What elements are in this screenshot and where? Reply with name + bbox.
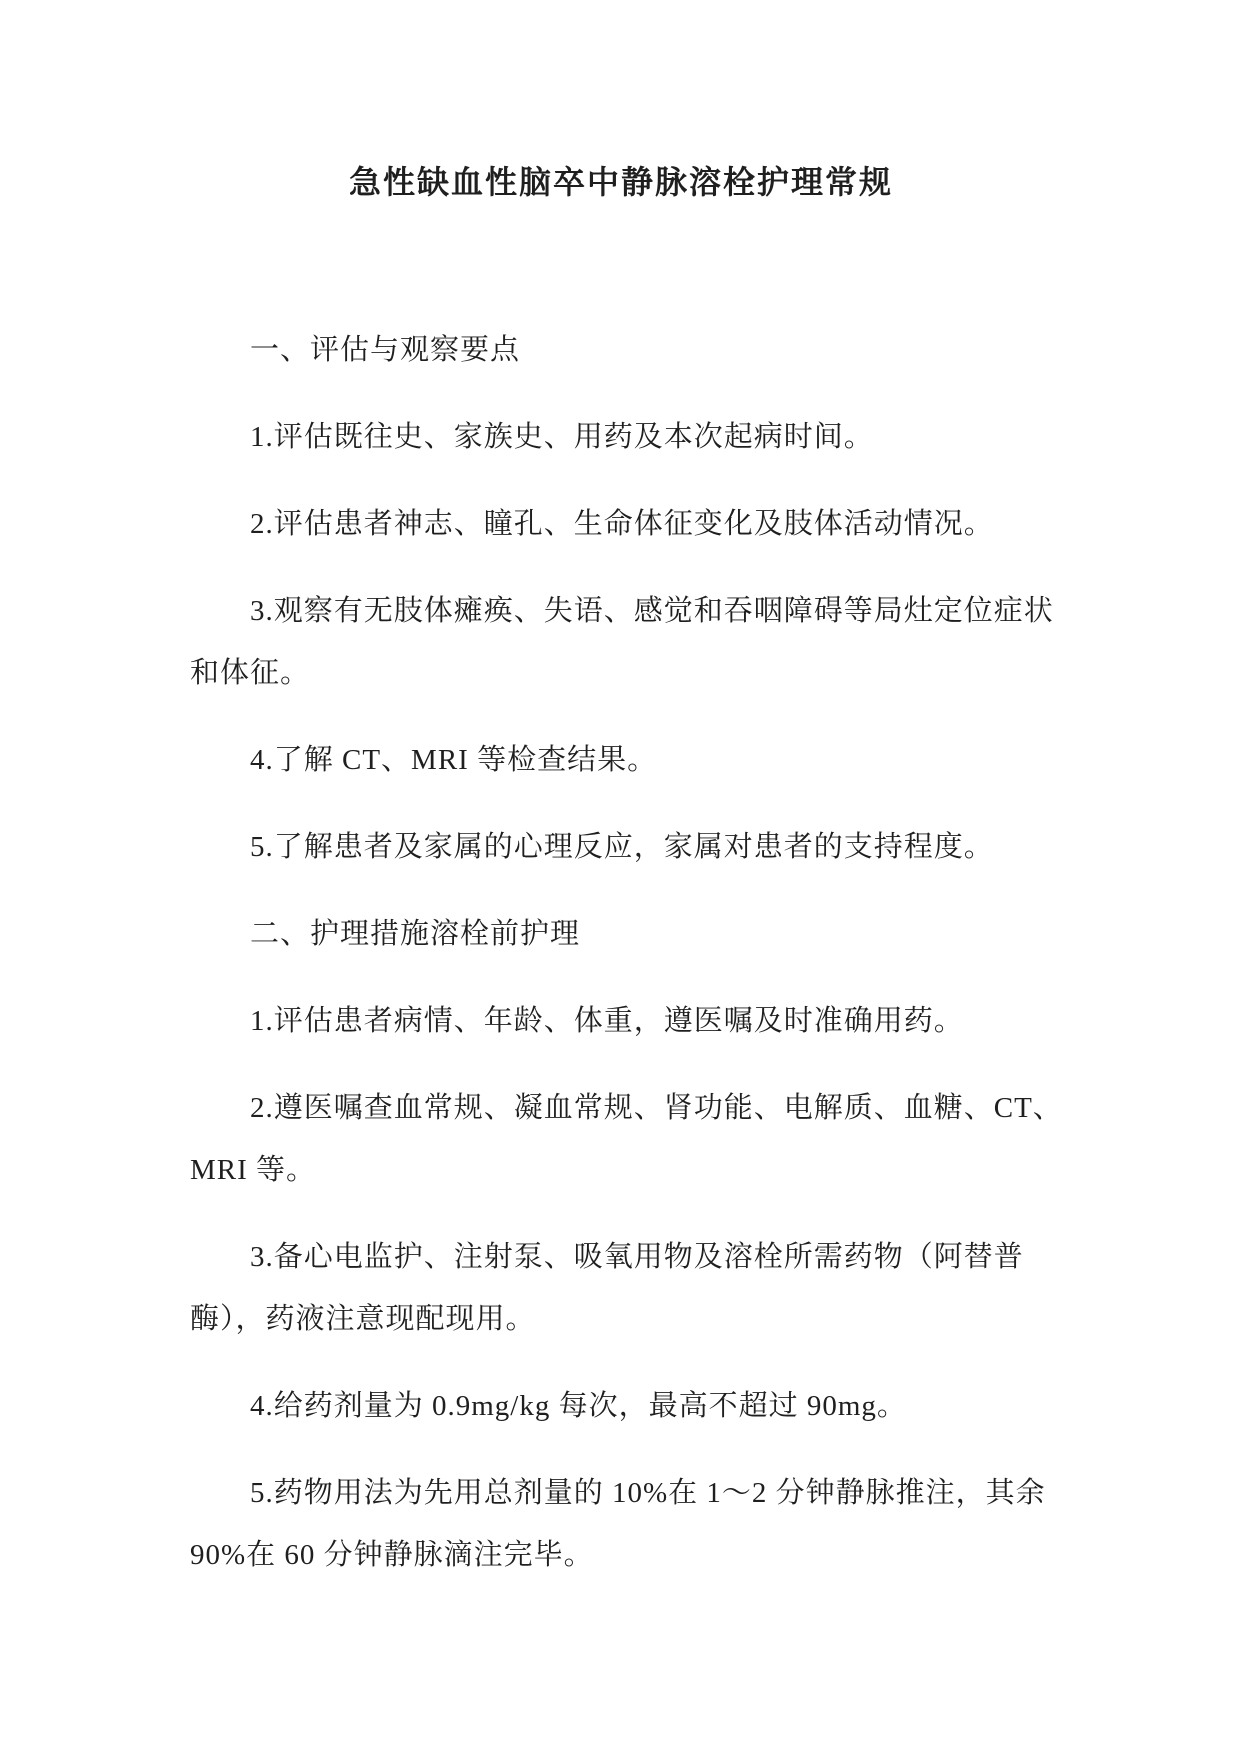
document-title: 急性缺血性脑卒中静脉溶栓护理常规 xyxy=(190,158,1052,206)
paragraph-line: 4.了解 CT、MRI 等检查结果。 xyxy=(190,729,1052,791)
document-page: 急性缺血性脑卒中静脉溶栓护理常规 一、评估与观察要点1.评估既往史、家族史、用药… xyxy=(0,0,1240,1753)
list-item: 4.了解 CT、MRI 等检查结果。 xyxy=(190,729,1052,791)
paragraph-line: 1.评估患者病情、年龄、体重，遵医嘱及时准确用药。 xyxy=(190,990,1052,1052)
paragraph-line: 和体征。 xyxy=(190,642,1052,704)
paragraph-line: 1.评估既往史、家族史、用药及本次起病时间。 xyxy=(190,406,1052,468)
list-item: 1.评估患者病情、年龄、体重，遵医嘱及时准确用药。 xyxy=(190,990,1052,1052)
list-item: 2.遵医嘱查血常规、凝血常规、肾功能、电解质、血糖、CT、MRI 等。 xyxy=(190,1077,1052,1201)
paragraph-line: 5.了解患者及家属的心理反应，家属对患者的支持程度。 xyxy=(190,816,1052,878)
list-item: 5.药物用法为先用总剂量的 10%在 1～2 分钟静脉推注，其余90%在 60 … xyxy=(190,1462,1052,1586)
paragraph-line: 90%在 60 分钟静脉滴注完毕。 xyxy=(190,1524,1052,1586)
paragraph-line: MRI 等。 xyxy=(190,1139,1052,1201)
paragraph-line: 2.遵医嘱查血常规、凝血常规、肾功能、电解质、血糖、CT、 xyxy=(190,1077,1052,1139)
list-item: 3.观察有无肢体瘫痪、失语、感觉和吞咽障碍等局灶定位症状和体征。 xyxy=(190,580,1052,704)
list-item: 3.备心电监护、注射泵、吸氧用物及溶栓所需药物（阿替普酶），药液注意现配现用。 xyxy=(190,1226,1052,1350)
paragraph-line: 一、评估与观察要点 xyxy=(190,319,1052,381)
paragraph-line: 4.给药剂量为 0.9mg/kg 每次，最高不超过 90mg。 xyxy=(190,1375,1052,1437)
section-heading: 一、评估与观察要点 xyxy=(190,319,1052,381)
list-item: 2.评估患者神志、瞳孔、生命体征变化及肢体活动情况。 xyxy=(190,493,1052,555)
paragraph-line: 5.药物用法为先用总剂量的 10%在 1～2 分钟静脉推注，其余 xyxy=(190,1462,1052,1524)
list-item: 5.了解患者及家属的心理反应，家属对患者的支持程度。 xyxy=(190,816,1052,878)
list-item: 4.给药剂量为 0.9mg/kg 每次，最高不超过 90mg。 xyxy=(190,1375,1052,1437)
list-item: 1.评估既往史、家族史、用药及本次起病时间。 xyxy=(190,406,1052,468)
section-heading: 二、护理措施溶栓前护理 xyxy=(190,903,1052,965)
paragraph-line: 酶），药液注意现配现用。 xyxy=(190,1288,1052,1350)
paragraph-line: 二、护理措施溶栓前护理 xyxy=(190,903,1052,965)
paragraph-line: 2.评估患者神志、瞳孔、生命体征变化及肢体活动情况。 xyxy=(190,493,1052,555)
paragraph-line: 3.备心电监护、注射泵、吸氧用物及溶栓所需药物（阿替普 xyxy=(190,1226,1052,1288)
document-body: 一、评估与观察要点1.评估既往史、家族史、用药及本次起病时间。2.评估患者神志、… xyxy=(190,319,1052,1586)
paragraph-line: 3.观察有无肢体瘫痪、失语、感觉和吞咽障碍等局灶定位症状 xyxy=(190,580,1052,642)
